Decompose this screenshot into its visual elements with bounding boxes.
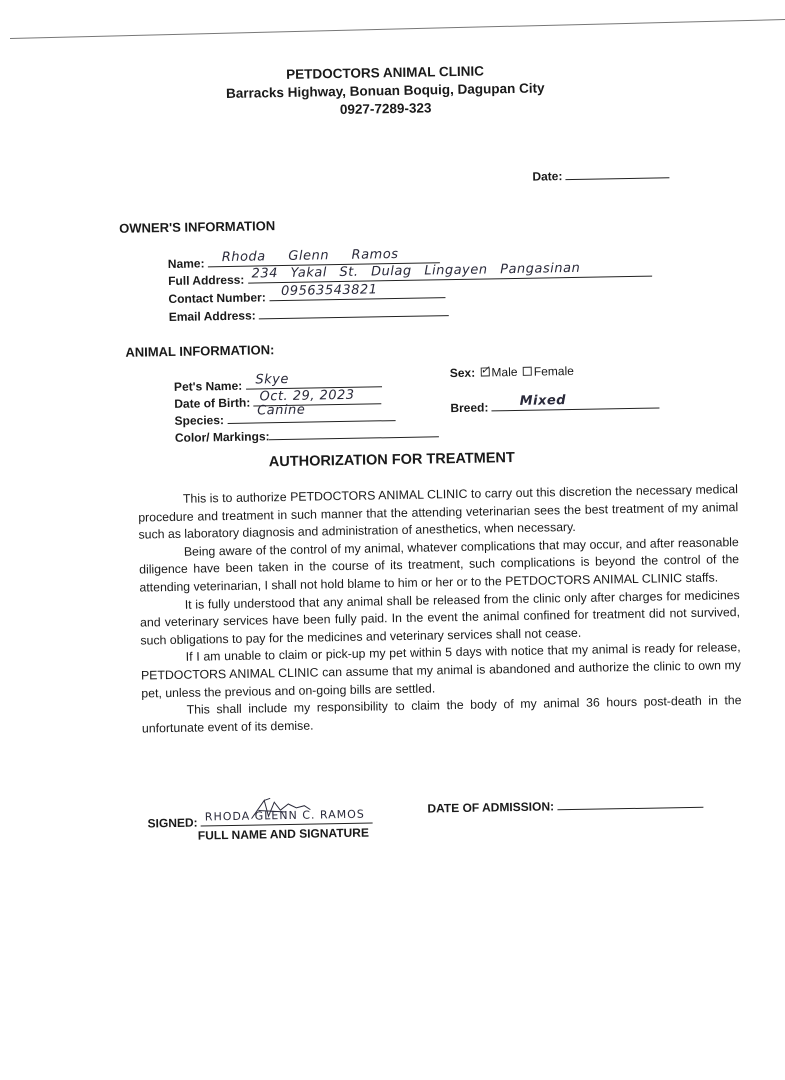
pet-name-value: Skye (255, 371, 289, 389)
sex-option-male[interactable]: Male (478, 365, 517, 380)
admission-date-field[interactable]: DATE OF ADMISSION: (427, 793, 703, 818)
owner-address-label: Full Address: (168, 273, 244, 288)
species-line[interactable]: Canine (227, 406, 395, 424)
sex-option-female[interactable]: Female (521, 364, 574, 379)
female-checkbox[interactable] (523, 367, 532, 376)
signature-caption: FULL NAME AND SIGNATURE (198, 825, 369, 845)
admission-date-label: DATE OF ADMISSION: (427, 799, 554, 815)
breed-label: Breed: (450, 400, 488, 415)
owner-email-line[interactable] (259, 301, 449, 319)
color-line[interactable] (269, 422, 439, 440)
male-label: Male (491, 365, 517, 379)
authorization-title: AUTHORIZATION FOR TREATMENT (0, 445, 784, 475)
owner-contact-line[interactable]: 09563543821 (269, 283, 445, 301)
breed-line[interactable]: Mixed (492, 393, 660, 411)
authorization-body: This is to authorize PETDOCTORS ANIMAL C… (138, 481, 742, 738)
date-label: Date: (532, 169, 562, 184)
male-checkbox[interactable] (480, 367, 489, 376)
admission-date-line[interactable] (557, 793, 703, 811)
signed-name-value: RHODA GLENN C. RAMOS (205, 806, 365, 826)
species-value: Canine (257, 402, 305, 420)
breed-value: Mixed (520, 392, 567, 410)
color-field[interactable]: Color/ Markings: (175, 422, 439, 447)
animal-section-heading: ANIMAL INFORMATION: (125, 342, 274, 360)
authorization-form: PETDOCTORS ANIMAL CLINIC Barracks Highwa… (0, 0, 785, 1080)
female-label: Female (534, 364, 574, 379)
sex-label: Sex: (450, 366, 476, 380)
owner-section-heading: OWNER'S INFORMATION (119, 218, 275, 236)
owner-contact-value: 09563543821 (281, 281, 378, 300)
date-line[interactable] (566, 163, 670, 180)
date-field[interactable]: Date: (532, 163, 670, 185)
paragraph-complications: Being aware of the control of my animal,… (139, 534, 740, 597)
color-label: Color/ Markings: (175, 429, 270, 445)
breed-field[interactable]: Breed: Mixed (450, 393, 660, 417)
signed-label: SIGNED: (147, 816, 197, 831)
sex-field: Sex: Male Female (450, 363, 574, 382)
owner-email-field[interactable]: Email Address: (169, 301, 450, 326)
signature-line[interactable]: RHODA GLENN C. RAMOS (201, 809, 373, 827)
owner-address-line[interactable]: 234 Yakal St. Dulag Lingayen Pangasinan (248, 262, 652, 284)
owner-email-label: Email Address: (169, 308, 256, 324)
